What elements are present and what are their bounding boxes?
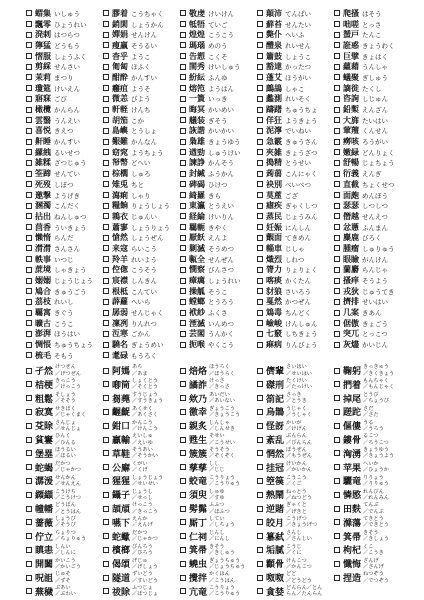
kanji-word: 磔刑 xyxy=(266,378,284,391)
checkbox[interactable] xyxy=(257,235,263,241)
checkbox[interactable] xyxy=(257,21,263,27)
checkbox[interactable] xyxy=(26,506,32,512)
checkbox[interactable] xyxy=(257,464,263,470)
checkbox[interactable] xyxy=(103,85,109,91)
checkbox[interactable] xyxy=(257,331,263,337)
checkbox[interactable] xyxy=(334,575,340,581)
checkbox[interactable] xyxy=(103,267,109,273)
dual-readings: けんこつ／かんこつ xyxy=(286,558,312,570)
vocab-item: 瑟瑟しつしつ xyxy=(334,200,411,211)
checkbox[interactable] xyxy=(26,278,32,284)
checkbox[interactable] xyxy=(103,288,109,294)
checkbox[interactable] xyxy=(26,450,32,456)
checkbox[interactable] xyxy=(180,478,186,484)
checkbox[interactable] xyxy=(334,149,340,155)
checkbox[interactable] xyxy=(334,533,340,539)
checkbox[interactable] xyxy=(180,320,186,326)
checkbox[interactable] xyxy=(334,450,340,456)
checkbox[interactable] xyxy=(180,139,186,145)
checkbox[interactable] xyxy=(180,450,186,456)
checkbox[interactable] xyxy=(26,10,32,16)
checkbox[interactable] xyxy=(180,149,186,155)
kanji-word: 仁祠 xyxy=(189,530,207,543)
checkbox[interactable] xyxy=(26,381,32,387)
checkbox[interactable] xyxy=(257,64,263,70)
checkbox[interactable] xyxy=(334,235,340,241)
checkbox[interactable] xyxy=(334,437,340,443)
checkbox[interactable] xyxy=(26,533,32,539)
checkbox[interactable] xyxy=(26,368,32,374)
checkbox[interactable] xyxy=(257,213,263,219)
checkbox[interactable] xyxy=(26,203,32,209)
checkbox[interactable] xyxy=(334,203,340,209)
checkbox[interactable] xyxy=(103,506,109,512)
checkbox[interactable] xyxy=(26,331,32,337)
checkbox[interactable] xyxy=(103,10,109,16)
checkbox[interactable] xyxy=(103,74,109,80)
kanji-word: 窈窕 xyxy=(112,147,128,158)
checkbox[interactable] xyxy=(257,492,263,498)
checkbox[interactable] xyxy=(26,128,32,134)
checkbox[interactable] xyxy=(257,310,263,316)
checkbox[interactable] xyxy=(180,278,186,284)
checkbox[interactable] xyxy=(334,492,340,498)
checkbox[interactable] xyxy=(180,10,186,16)
checkbox[interactable] xyxy=(103,107,109,113)
checkbox[interactable] xyxy=(257,547,263,553)
checkbox[interactable] xyxy=(103,533,109,539)
checkbox[interactable] xyxy=(334,310,340,316)
checkbox[interactable] xyxy=(26,235,32,241)
checkbox[interactable] xyxy=(257,278,263,284)
checkbox[interactable] xyxy=(26,74,32,80)
checkbox[interactable] xyxy=(334,192,340,198)
checkbox[interactable] xyxy=(103,160,109,166)
dual-readings: きそう／きしょう xyxy=(363,530,389,542)
vocab-item: 偈頌げじゅ／げしょう xyxy=(103,557,180,571)
checkbox[interactable] xyxy=(180,561,186,567)
checkbox[interactable] xyxy=(26,588,32,594)
checkbox[interactable] xyxy=(103,299,109,305)
checkbox[interactable] xyxy=(103,192,109,198)
checkbox[interactable] xyxy=(334,181,340,187)
checkbox[interactable] xyxy=(334,464,340,470)
checkbox[interactable] xyxy=(334,53,340,59)
checkbox[interactable] xyxy=(334,245,340,251)
checkbox[interactable] xyxy=(257,575,263,581)
checkbox[interactable] xyxy=(103,437,109,443)
checkbox[interactable] xyxy=(334,409,340,415)
vocab-item: 島嶼とうしょ xyxy=(103,126,180,137)
checkbox[interactable] xyxy=(180,588,186,594)
checkbox[interactable] xyxy=(334,224,340,230)
kanji-word: 枸杞 xyxy=(343,543,361,556)
checkbox[interactable] xyxy=(334,368,340,374)
kanji-word: 遒勁 xyxy=(189,147,205,158)
checkbox[interactable] xyxy=(26,519,32,525)
checkbox[interactable] xyxy=(26,64,32,70)
checkbox[interactable] xyxy=(103,53,109,59)
checkbox[interactable] xyxy=(103,149,109,155)
checkbox[interactable] xyxy=(257,342,263,348)
checkbox[interactable] xyxy=(180,171,186,177)
checkbox[interactable] xyxy=(334,64,340,70)
checkbox[interactable] xyxy=(26,117,32,123)
checkbox[interactable] xyxy=(103,464,109,470)
checkbox[interactable] xyxy=(103,320,109,326)
checkbox[interactable] xyxy=(257,160,263,166)
kana-reading: かいじん xyxy=(362,340,388,349)
checkbox[interactable] xyxy=(26,139,32,145)
checkbox[interactable] xyxy=(180,464,186,470)
checkbox[interactable] xyxy=(257,42,263,48)
checkbox[interactable] xyxy=(26,437,32,443)
kanji-word: 搔痒 xyxy=(343,275,359,286)
checkbox[interactable] xyxy=(103,352,109,358)
checkbox[interactable] xyxy=(103,409,109,415)
checkbox[interactable] xyxy=(334,320,340,326)
checkbox[interactable] xyxy=(180,21,186,27)
checkbox[interactable] xyxy=(257,107,263,113)
checkbox[interactable] xyxy=(257,506,263,512)
checkbox[interactable] xyxy=(257,85,263,91)
kanji-word: 偈頌 xyxy=(112,557,130,570)
checkbox[interactable] xyxy=(26,320,32,326)
checkbox[interactable] xyxy=(257,128,263,134)
checkbox[interactable] xyxy=(257,437,263,443)
kana-reading-2: ／すうきょう xyxy=(132,398,163,404)
vocab-item: 枸杞くこ／こうき xyxy=(334,543,411,557)
checkbox[interactable] xyxy=(180,107,186,113)
checkbox[interactable] xyxy=(180,299,186,305)
checkbox[interactable] xyxy=(180,256,186,262)
checkbox[interactable] xyxy=(180,409,186,415)
checkbox[interactable] xyxy=(103,310,109,316)
checkbox[interactable] xyxy=(103,331,109,337)
checkbox[interactable] xyxy=(334,171,340,177)
checkbox[interactable] xyxy=(334,96,340,102)
checkbox[interactable] xyxy=(103,450,109,456)
kanji-word: 急霰 xyxy=(266,136,282,147)
kanji-word: 縲絏 xyxy=(35,147,51,158)
kanji-word: 熾烈 xyxy=(266,254,282,265)
checkbox[interactable] xyxy=(257,450,263,456)
checkbox[interactable] xyxy=(103,181,109,187)
vocab-item: 袱紗ふくさ xyxy=(180,307,257,318)
kana-reading-2: ／くげ xyxy=(132,467,148,473)
checkbox[interactable] xyxy=(334,561,340,567)
checkbox[interactable] xyxy=(180,128,186,134)
checkbox[interactable] xyxy=(180,519,186,525)
checkbox[interactable] xyxy=(103,381,109,387)
checkbox[interactable] xyxy=(103,492,109,498)
checkbox[interactable] xyxy=(103,245,109,251)
kana-reading-2: ／こうりゅう xyxy=(209,591,240,597)
checkbox[interactable] xyxy=(334,506,340,512)
checkbox[interactable] xyxy=(180,203,186,209)
kana-reading: きょごう xyxy=(362,319,388,328)
checkbox[interactable] xyxy=(180,192,186,198)
checkbox[interactable] xyxy=(334,278,340,284)
checkbox[interactable] xyxy=(334,139,340,145)
checkbox[interactable] xyxy=(180,42,186,48)
checkbox[interactable] xyxy=(180,267,186,273)
checkbox[interactable] xyxy=(257,171,263,177)
checkbox[interactable] xyxy=(180,74,186,80)
kana-reading: れいよう xyxy=(131,255,157,264)
checkbox[interactable] xyxy=(257,149,263,155)
checkbox[interactable] xyxy=(180,96,186,102)
checkbox[interactable] xyxy=(103,32,109,38)
checkbox[interactable] xyxy=(257,423,263,429)
checkbox[interactable] xyxy=(26,409,32,415)
kanji-word: 斃仆 xyxy=(266,29,282,40)
checkbox[interactable] xyxy=(180,213,186,219)
checkbox[interactable] xyxy=(103,21,109,27)
kanji-word: 亢竜 xyxy=(189,585,207,598)
checkbox[interactable] xyxy=(26,478,32,484)
checkbox[interactable] xyxy=(103,368,109,374)
vocab-item: 鏤骨るこつ／ろうこつ xyxy=(334,433,411,447)
checkbox[interactable] xyxy=(103,42,109,48)
kanji-word: 懺悔 xyxy=(343,557,361,570)
checkbox[interactable] xyxy=(257,381,263,387)
checkbox[interactable] xyxy=(334,32,340,38)
checkbox[interactable] xyxy=(180,245,186,251)
checkbox[interactable] xyxy=(257,53,263,59)
checkbox[interactable] xyxy=(257,139,263,145)
checkbox[interactable] xyxy=(103,117,109,123)
checkbox[interactable] xyxy=(180,224,186,230)
vocab-item: 蟻聚ぎしゅう xyxy=(334,72,411,83)
checkbox[interactable] xyxy=(180,32,186,38)
checkbox[interactable] xyxy=(103,561,109,567)
checkbox[interactable] xyxy=(26,181,32,187)
checkbox[interactable] xyxy=(257,245,263,251)
checkbox[interactable] xyxy=(257,256,263,262)
checkbox[interactable] xyxy=(334,342,340,348)
checkbox[interactable] xyxy=(334,213,340,219)
kana-reading-2: ／きょうげつ xyxy=(286,522,317,528)
checkbox[interactable] xyxy=(26,299,32,305)
checkbox[interactable] xyxy=(180,547,186,553)
checkbox[interactable] xyxy=(334,42,340,48)
checkbox[interactable] xyxy=(257,224,263,230)
checkbox[interactable] xyxy=(103,278,109,284)
kanji-word: 掉尾 xyxy=(343,392,361,405)
checkbox[interactable] xyxy=(26,423,32,429)
kanji-word: 憫察 xyxy=(189,264,205,275)
checkbox[interactable] xyxy=(26,149,32,155)
checkbox[interactable] xyxy=(334,21,340,27)
kana-reading-2: ／えんげ xyxy=(132,522,153,528)
checkbox[interactable] xyxy=(26,53,32,59)
checkbox[interactable] xyxy=(103,213,109,219)
checkbox[interactable] xyxy=(334,381,340,387)
checkbox[interactable] xyxy=(180,492,186,498)
checkbox[interactable] xyxy=(26,245,32,251)
checkbox[interactable] xyxy=(257,32,263,38)
checkbox[interactable] xyxy=(180,437,186,443)
checkbox[interactable] xyxy=(180,288,186,294)
checkbox[interactable] xyxy=(180,53,186,59)
checkbox[interactable] xyxy=(334,160,340,166)
checkbox[interactable] xyxy=(334,107,340,113)
checkbox[interactable] xyxy=(26,42,32,48)
checkbox[interactable] xyxy=(334,299,340,305)
checkbox[interactable] xyxy=(103,575,109,581)
checkbox[interactable] xyxy=(26,288,32,294)
checkbox[interactable] xyxy=(257,181,263,187)
checkbox[interactable] xyxy=(103,139,109,145)
checkbox[interactable] xyxy=(257,267,263,273)
checkbox[interactable] xyxy=(257,10,263,16)
checkbox[interactable] xyxy=(180,575,186,581)
checkbox[interactable] xyxy=(26,171,32,177)
checkbox[interactable] xyxy=(334,267,340,273)
kana-reading-2: ／あいない xyxy=(209,398,235,404)
checkbox[interactable] xyxy=(103,171,109,177)
vocab-item: 咨詢しじゅん xyxy=(334,94,411,105)
checkbox[interactable] xyxy=(103,64,109,70)
checkbox[interactable] xyxy=(334,331,340,337)
checkbox[interactable] xyxy=(103,519,109,525)
kanji-word: 羚羊 xyxy=(112,254,128,265)
kana-reading-2: ／すゆ xyxy=(209,495,225,501)
checkbox[interactable] xyxy=(103,588,109,594)
dual-readings: くがい／くげ xyxy=(132,461,148,473)
checkbox[interactable] xyxy=(257,288,263,294)
checkbox[interactable] xyxy=(26,395,32,401)
checkbox[interactable] xyxy=(257,519,263,525)
checkbox[interactable] xyxy=(257,478,263,484)
checkbox[interactable] xyxy=(334,519,340,525)
checkbox[interactable] xyxy=(257,588,263,594)
dual-readings: してい／しちょう xyxy=(209,516,235,528)
checkbox[interactable] xyxy=(334,10,340,16)
checkbox[interactable] xyxy=(334,117,340,123)
checkbox[interactable] xyxy=(180,117,186,123)
checkbox[interactable] xyxy=(103,96,109,102)
kana-reading-2: ／げしょう xyxy=(132,564,158,570)
kanji-word: 鴆毒 xyxy=(266,307,282,318)
checkbox[interactable] xyxy=(180,368,186,374)
checkbox[interactable] xyxy=(257,192,263,198)
checkbox[interactable] xyxy=(26,464,32,470)
checkbox[interactable] xyxy=(26,310,32,316)
kanji-word: 慴服 xyxy=(35,51,51,62)
checkbox[interactable] xyxy=(180,310,186,316)
checkbox[interactable] xyxy=(26,561,32,567)
checkbox[interactable] xyxy=(103,547,109,553)
checkbox[interactable] xyxy=(334,395,340,401)
checkbox[interactable] xyxy=(26,96,32,102)
checkbox[interactable] xyxy=(180,64,186,70)
checkbox[interactable] xyxy=(103,342,109,348)
checkbox[interactable] xyxy=(257,320,263,326)
checkbox[interactable] xyxy=(26,192,32,198)
checkbox[interactable] xyxy=(334,478,340,484)
checkbox[interactable] xyxy=(334,547,340,553)
checkbox[interactable] xyxy=(26,256,32,262)
checkbox[interactable] xyxy=(26,21,32,27)
checkbox[interactable] xyxy=(103,235,109,241)
checkbox[interactable] xyxy=(180,342,186,348)
checkbox[interactable] xyxy=(180,85,186,91)
checkbox[interactable] xyxy=(26,547,32,553)
checkbox[interactable] xyxy=(26,575,32,581)
vocab-item: 鼾睡かんすい xyxy=(26,136,103,147)
checkbox[interactable] xyxy=(103,224,109,230)
kanji-word: 潺湲 xyxy=(35,474,53,487)
kanji-word: 茣蓙 xyxy=(266,190,282,201)
checkbox[interactable] xyxy=(180,423,186,429)
checkbox[interactable] xyxy=(257,561,263,567)
checkbox[interactable] xyxy=(26,213,32,219)
kanji-word: 操觚 xyxy=(189,286,205,297)
checkbox[interactable] xyxy=(180,506,186,512)
checkbox[interactable] xyxy=(180,381,186,387)
checkbox[interactable] xyxy=(26,85,32,91)
checkbox[interactable] xyxy=(180,160,186,166)
checkbox[interactable] xyxy=(103,478,109,484)
vocab-column: 孑然けつぜん／げつぜん桔梗きっこう／けっこう粗鬆そしょう／そそう寂寞せきばく／じ… xyxy=(26,364,103,599)
checkbox[interactable] xyxy=(26,107,32,113)
kanji-word: 孑然 xyxy=(35,364,53,377)
checkbox[interactable] xyxy=(26,492,32,498)
checkbox[interactable] xyxy=(26,32,32,38)
checkbox[interactable] xyxy=(334,256,340,262)
checkbox[interactable] xyxy=(257,96,263,102)
vocab-item: 寤寐ごび xyxy=(26,94,103,105)
checkbox[interactable] xyxy=(257,409,263,415)
kanji-word: 碑碣 xyxy=(189,179,205,190)
checkbox[interactable] xyxy=(180,331,186,337)
checkbox[interactable] xyxy=(180,235,186,241)
checkbox[interactable] xyxy=(257,203,263,209)
kana-reading-2: ／そそう xyxy=(55,398,76,404)
checkbox[interactable] xyxy=(26,342,32,348)
checkbox[interactable] xyxy=(334,74,340,80)
checkbox[interactable] xyxy=(26,160,32,166)
checkbox[interactable] xyxy=(103,423,109,429)
checkbox[interactable] xyxy=(26,352,32,358)
kanji-word: 甦生 xyxy=(189,433,207,446)
checkbox[interactable] xyxy=(103,203,109,209)
checkbox[interactable] xyxy=(334,85,340,91)
checkbox[interactable] xyxy=(103,395,109,401)
checkbox[interactable] xyxy=(257,299,263,305)
checkbox[interactable] xyxy=(26,267,32,273)
checkbox[interactable] xyxy=(26,224,32,230)
checkbox[interactable] xyxy=(180,181,186,187)
checkbox[interactable] xyxy=(257,74,263,80)
kana-reading: きゅうごう xyxy=(54,287,87,296)
checkbox[interactable] xyxy=(334,128,340,134)
checkbox[interactable] xyxy=(257,395,263,401)
checkbox[interactable] xyxy=(334,288,340,294)
checkbox[interactable] xyxy=(334,423,340,429)
checkbox[interactable] xyxy=(180,533,186,539)
checkbox[interactable] xyxy=(257,533,263,539)
checkbox[interactable] xyxy=(103,128,109,134)
vocab-item: 嶮峻けんしゅん xyxy=(257,318,334,329)
checkbox[interactable] xyxy=(257,117,263,123)
checkbox[interactable] xyxy=(103,256,109,262)
vocab-item: 憫察びんさつ xyxy=(180,265,257,276)
checkbox[interactable] xyxy=(180,395,186,401)
checkbox[interactable] xyxy=(257,368,263,374)
